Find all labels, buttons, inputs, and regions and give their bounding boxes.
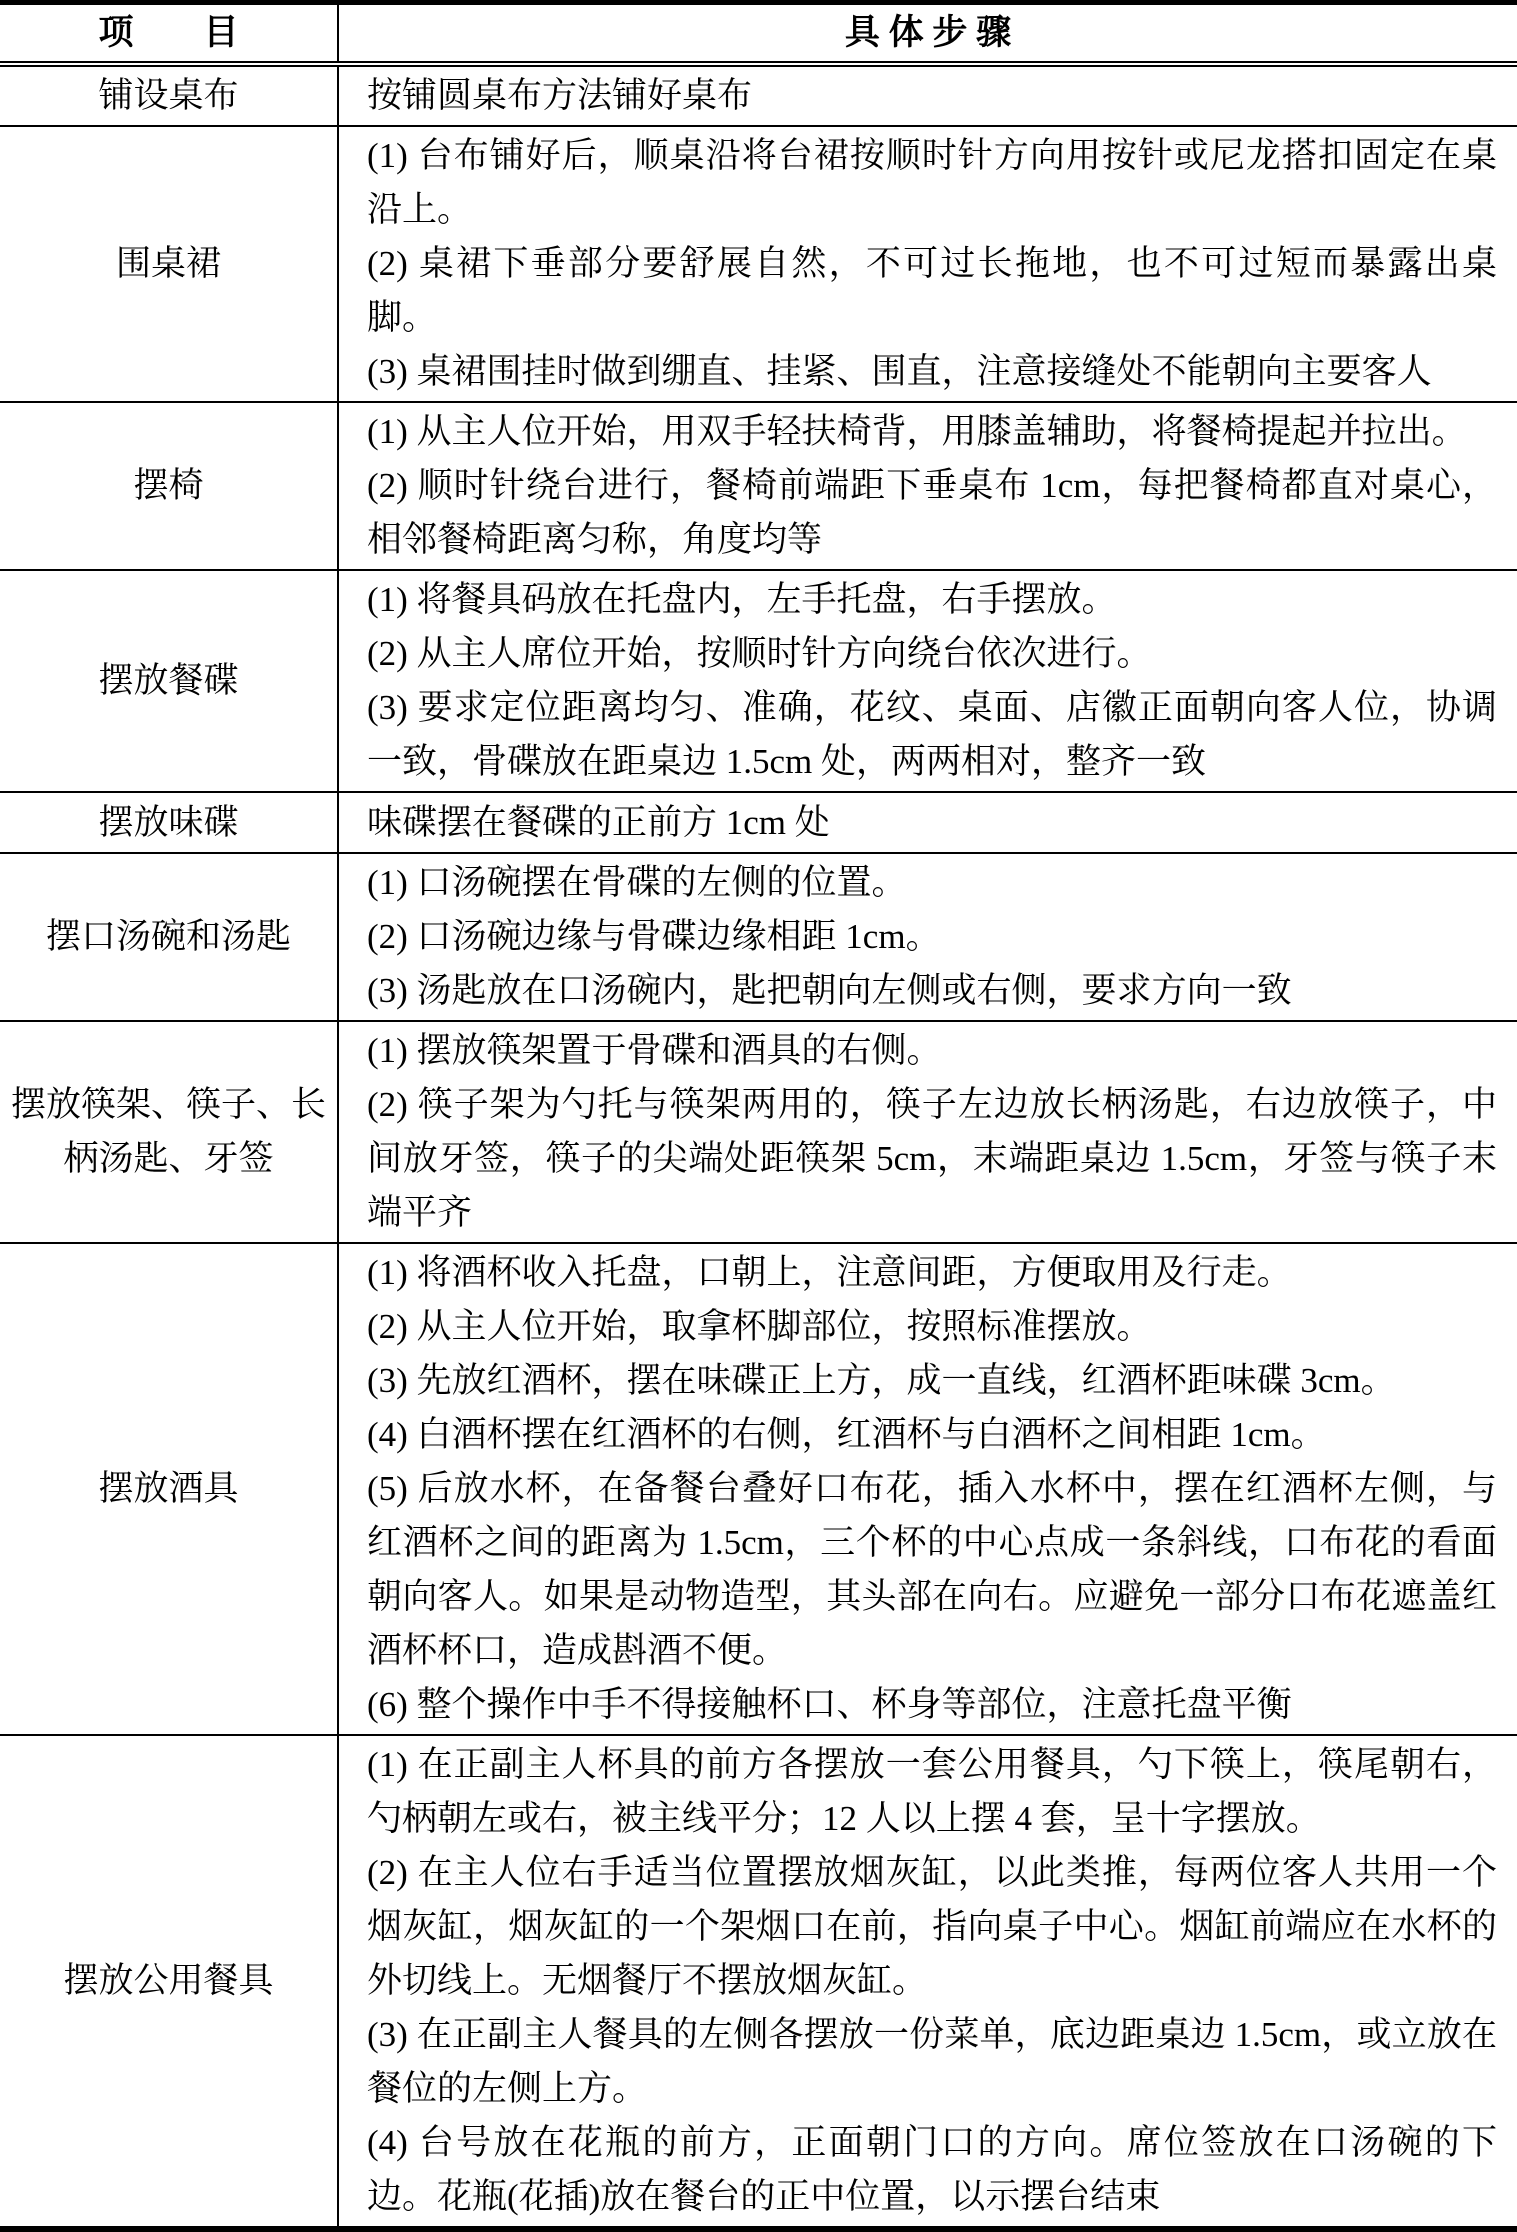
step-text: (4) 台号放在花瓶的前方，正面朝门口的方向。席位签放在口汤碗的下边。花瓶(花插… — [367, 2116, 1497, 2224]
steps-cell: 味碟摆在餐碟的正前方 1cm 处 — [338, 792, 1517, 853]
header-steps-column: 具 体 步 骤 — [338, 3, 1517, 65]
step-text: (2) 从主人位开始，取拿杯脚部位，按照标准摆放。 — [367, 1300, 1497, 1354]
step-text: (3) 先放红酒杯，摆在味碟正上方，成一直线，红酒杯距味碟 3cm。 — [367, 1354, 1497, 1408]
table-row: 围桌裙(1) 台布铺好后，顺桌沿将台裙按顺时针方向用按针或尼龙搭扣固定在桌沿上。… — [0, 126, 1517, 402]
table-row: 摆放筷架、筷子、长柄汤匙、牙签(1) 摆放筷架置于骨碟和酒具的右侧。(2) 筷子… — [0, 1021, 1517, 1243]
step-text: (1) 摆放筷架置于骨碟和酒具的右侧。 — [367, 1024, 1497, 1078]
steps-cell: (1) 从主人位开始，用双手轻扶椅背，用膝盖辅助，将餐椅提起并拉出。(2) 顺时… — [338, 402, 1517, 570]
item-label: 摆放酒具 — [0, 1243, 338, 1735]
step-text: (1) 口汤碗摆在骨碟的左侧的位置。 — [367, 856, 1497, 910]
item-label: 摆放餐碟 — [0, 570, 338, 792]
table-row: 摆放餐碟(1) 将餐具码放在托盘内，左手托盘，右手摆放。(2) 从主人席位开始，… — [0, 570, 1517, 792]
item-label: 铺设桌布 — [0, 64, 338, 126]
step-text: (2) 筷子架为勺托与筷架两用的，筷子左边放长柄汤匙，右边放筷子，中间放牙签，筷… — [367, 1078, 1497, 1240]
step-text: (1) 在正副主人杯具的前方各摆放一套公用餐具，勺下筷上，筷尾朝右，勺柄朝左或右… — [367, 1738, 1497, 1846]
steps-cell: (1) 在正副主人杯具的前方各摆放一套公用餐具，勺下筷上，筷尾朝右，勺柄朝左或右… — [338, 1735, 1517, 2229]
table-row: 铺设桌布按铺圆桌布方法铺好桌布 — [0, 64, 1517, 126]
step-text: (2) 桌裙下垂部分要舒展自然，不可过长拖地，也不可过短而暴露出桌脚。 — [367, 237, 1497, 345]
steps-cell: (1) 台布铺好后，顺桌沿将台裙按顺时针方向用按针或尼龙搭扣固定在桌沿上。(2)… — [338, 126, 1517, 402]
step-text: (1) 台布铺好后，顺桌沿将台裙按顺时针方向用按针或尼龙搭扣固定在桌沿上。 — [367, 129, 1497, 237]
item-label: 围桌裙 — [0, 126, 338, 402]
item-label: 摆放公用餐具 — [0, 1735, 338, 2229]
table-row: 摆放酒具(1) 将酒杯收入托盘，口朝上，注意间距，方便取用及行走。(2) 从主人… — [0, 1243, 1517, 1735]
item-label: 摆口汤碗和汤匙 — [0, 853, 338, 1021]
steps-cell: (1) 将酒杯收入托盘，口朝上，注意间距，方便取用及行走。(2) 从主人位开始，… — [338, 1243, 1517, 1735]
steps-cell: (1) 摆放筷架置于骨碟和酒具的右侧。(2) 筷子架为勺托与筷架两用的，筷子左边… — [338, 1021, 1517, 1243]
table-row: 摆放味碟味碟摆在餐碟的正前方 1cm 处 — [0, 792, 1517, 853]
step-text: (1) 从主人位开始，用双手轻扶椅背，用膝盖辅助，将餐椅提起并拉出。 — [367, 405, 1497, 459]
item-label: 摆放筷架、筷子、长柄汤匙、牙签 — [0, 1021, 338, 1243]
steps-cell: (1) 口汤碗摆在骨碟的左侧的位置。(2) 口汤碗边缘与骨碟边缘相距 1cm。(… — [338, 853, 1517, 1021]
step-text: (6) 整个操作中手不得接触杯口、杯身等部位，注意托盘平衡 — [367, 1678, 1497, 1732]
procedure-table: 项 目 具 体 步 骤 铺设桌布按铺圆桌布方法铺好桌布围桌裙(1) 台布铺好后，… — [0, 0, 1517, 2232]
steps-cell: 按铺圆桌布方法铺好桌布 — [338, 64, 1517, 126]
step-text: (3) 在正副主人餐具的左侧各摆放一份菜单，底边距桌边 1.5cm，或立放在餐位… — [367, 2008, 1497, 2116]
step-text: (3) 要求定位距离均匀、准确，花纹、桌面、店徽正面朝向客人位，协调一致，骨碟放… — [367, 681, 1497, 789]
step-text: 按铺圆桌布方法铺好桌布 — [367, 69, 1497, 123]
step-text: (4) 白酒杯摆在红酒杯的右侧，红酒杯与白酒杯之间相距 1cm。 — [367, 1408, 1497, 1462]
table-row: 摆椅(1) 从主人位开始，用双手轻扶椅背，用膝盖辅助，将餐椅提起并拉出。(2) … — [0, 402, 1517, 570]
step-text: (3) 桌裙围挂时做到绷直、挂紧、围直，注意接缝处不能朝向主要客人 — [367, 345, 1497, 399]
step-text: (5) 后放水杯，在备餐台叠好口布花，插入水杯中，摆在红酒杯左侧，与红酒杯之间的… — [367, 1462, 1497, 1678]
step-text: (1) 将酒杯收入托盘，口朝上，注意间距，方便取用及行走。 — [367, 1246, 1497, 1300]
steps-cell: (1) 将餐具码放在托盘内，左手托盘，右手摆放。(2) 从主人席位开始，按顺时针… — [338, 570, 1517, 792]
table-row: 摆放公用餐具(1) 在正副主人杯具的前方各摆放一套公用餐具，勺下筷上，筷尾朝右，… — [0, 1735, 1517, 2229]
header-row: 项 目 具 体 步 骤 — [0, 3, 1517, 65]
step-text: 味碟摆在餐碟的正前方 1cm 处 — [367, 796, 1497, 850]
item-label: 摆椅 — [0, 402, 338, 570]
step-text: (2) 口汤碗边缘与骨碟边缘相距 1cm。 — [367, 910, 1497, 964]
step-text: (2) 在主人位右手适当位置摆放烟灰缸，以此类推，每两位客人共用一个烟灰缸，烟灰… — [367, 1846, 1497, 2008]
step-text: (3) 汤匙放在口汤碗内，匙把朝向左侧或右侧，要求方向一致 — [367, 964, 1497, 1018]
step-text: (1) 将餐具码放在托盘内，左手托盘，右手摆放。 — [367, 573, 1497, 627]
header-item-column: 项 目 — [0, 3, 338, 65]
step-text: (2) 顺时针绕台进行，餐椅前端距下垂桌布 1cm，每把餐椅都直对桌心，相邻餐椅… — [367, 459, 1497, 567]
item-label: 摆放味碟 — [0, 792, 338, 853]
step-text: (2) 从主人席位开始，按顺时针方向绕台依次进行。 — [367, 627, 1497, 681]
table-row: 摆口汤碗和汤匙(1) 口汤碗摆在骨碟的左侧的位置。(2) 口汤碗边缘与骨碟边缘相… — [0, 853, 1517, 1021]
